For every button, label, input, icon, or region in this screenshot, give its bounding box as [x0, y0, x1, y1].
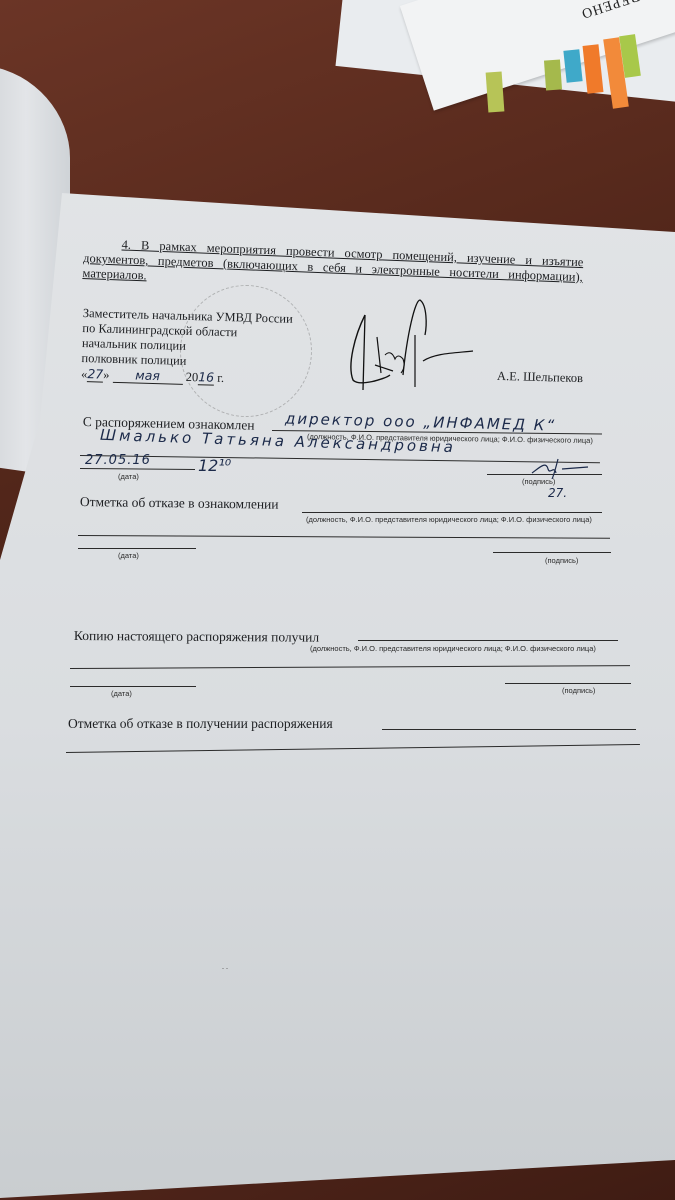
caption-position: (должность, Ф.И.О. представителя юридиче… [306, 515, 592, 524]
signature-line [493, 552, 611, 553]
item-4-paragraph: 4. В рамках мероприятия провести осмотр … [82, 236, 583, 300]
issuer-name: А.Е. Шельпеков [497, 369, 583, 386]
date-line [78, 548, 196, 549]
caption-signature: (подпись) [562, 686, 595, 695]
issuer-block: Заместитель начальника УМВД России по Ка… [81, 306, 293, 388]
acknowledger-signature [530, 455, 590, 479]
signature-line [505, 683, 631, 684]
signature-line [358, 640, 618, 641]
caption-date: (дата) [118, 472, 139, 481]
signature-line [80, 455, 600, 463]
handwritten-note: 27. [548, 486, 567, 500]
signature-line [382, 729, 636, 730]
date-year: 16 [198, 369, 214, 385]
caption-date: (дата) [111, 689, 132, 698]
caption-date: (дата) [118, 551, 139, 560]
handwritten-time: 12¹⁰ [198, 456, 231, 475]
date-day: 27 [87, 366, 103, 382]
caption-signature: (подпись) [522, 477, 555, 486]
date-line [70, 686, 196, 687]
signature-line [70, 665, 630, 669]
copy-received-label: Копию настоящего распоряжения получил [74, 628, 319, 646]
signature-line [78, 535, 610, 539]
handwritten-date: 27.05.16 [85, 453, 151, 468]
signature-line [302, 512, 602, 513]
date-line [80, 468, 195, 470]
date-month: мая [112, 367, 182, 385]
signature-line [66, 744, 640, 753]
caption-signature: (подпись) [545, 556, 578, 565]
caption-position: (должность, Ф.И.О. представителя юридиче… [310, 644, 596, 653]
stray-marks: . . [222, 962, 228, 971]
refusal-receipt-label: Отметка об отказе в получении распоряжен… [68, 716, 333, 732]
refusal-ack-label: Отметка об отказе в ознакомлении [80, 494, 279, 513]
document-content: 4. В рамках мероприятия провести осмотр … [0, 0, 675, 1200]
issuer-signature [345, 295, 475, 390]
